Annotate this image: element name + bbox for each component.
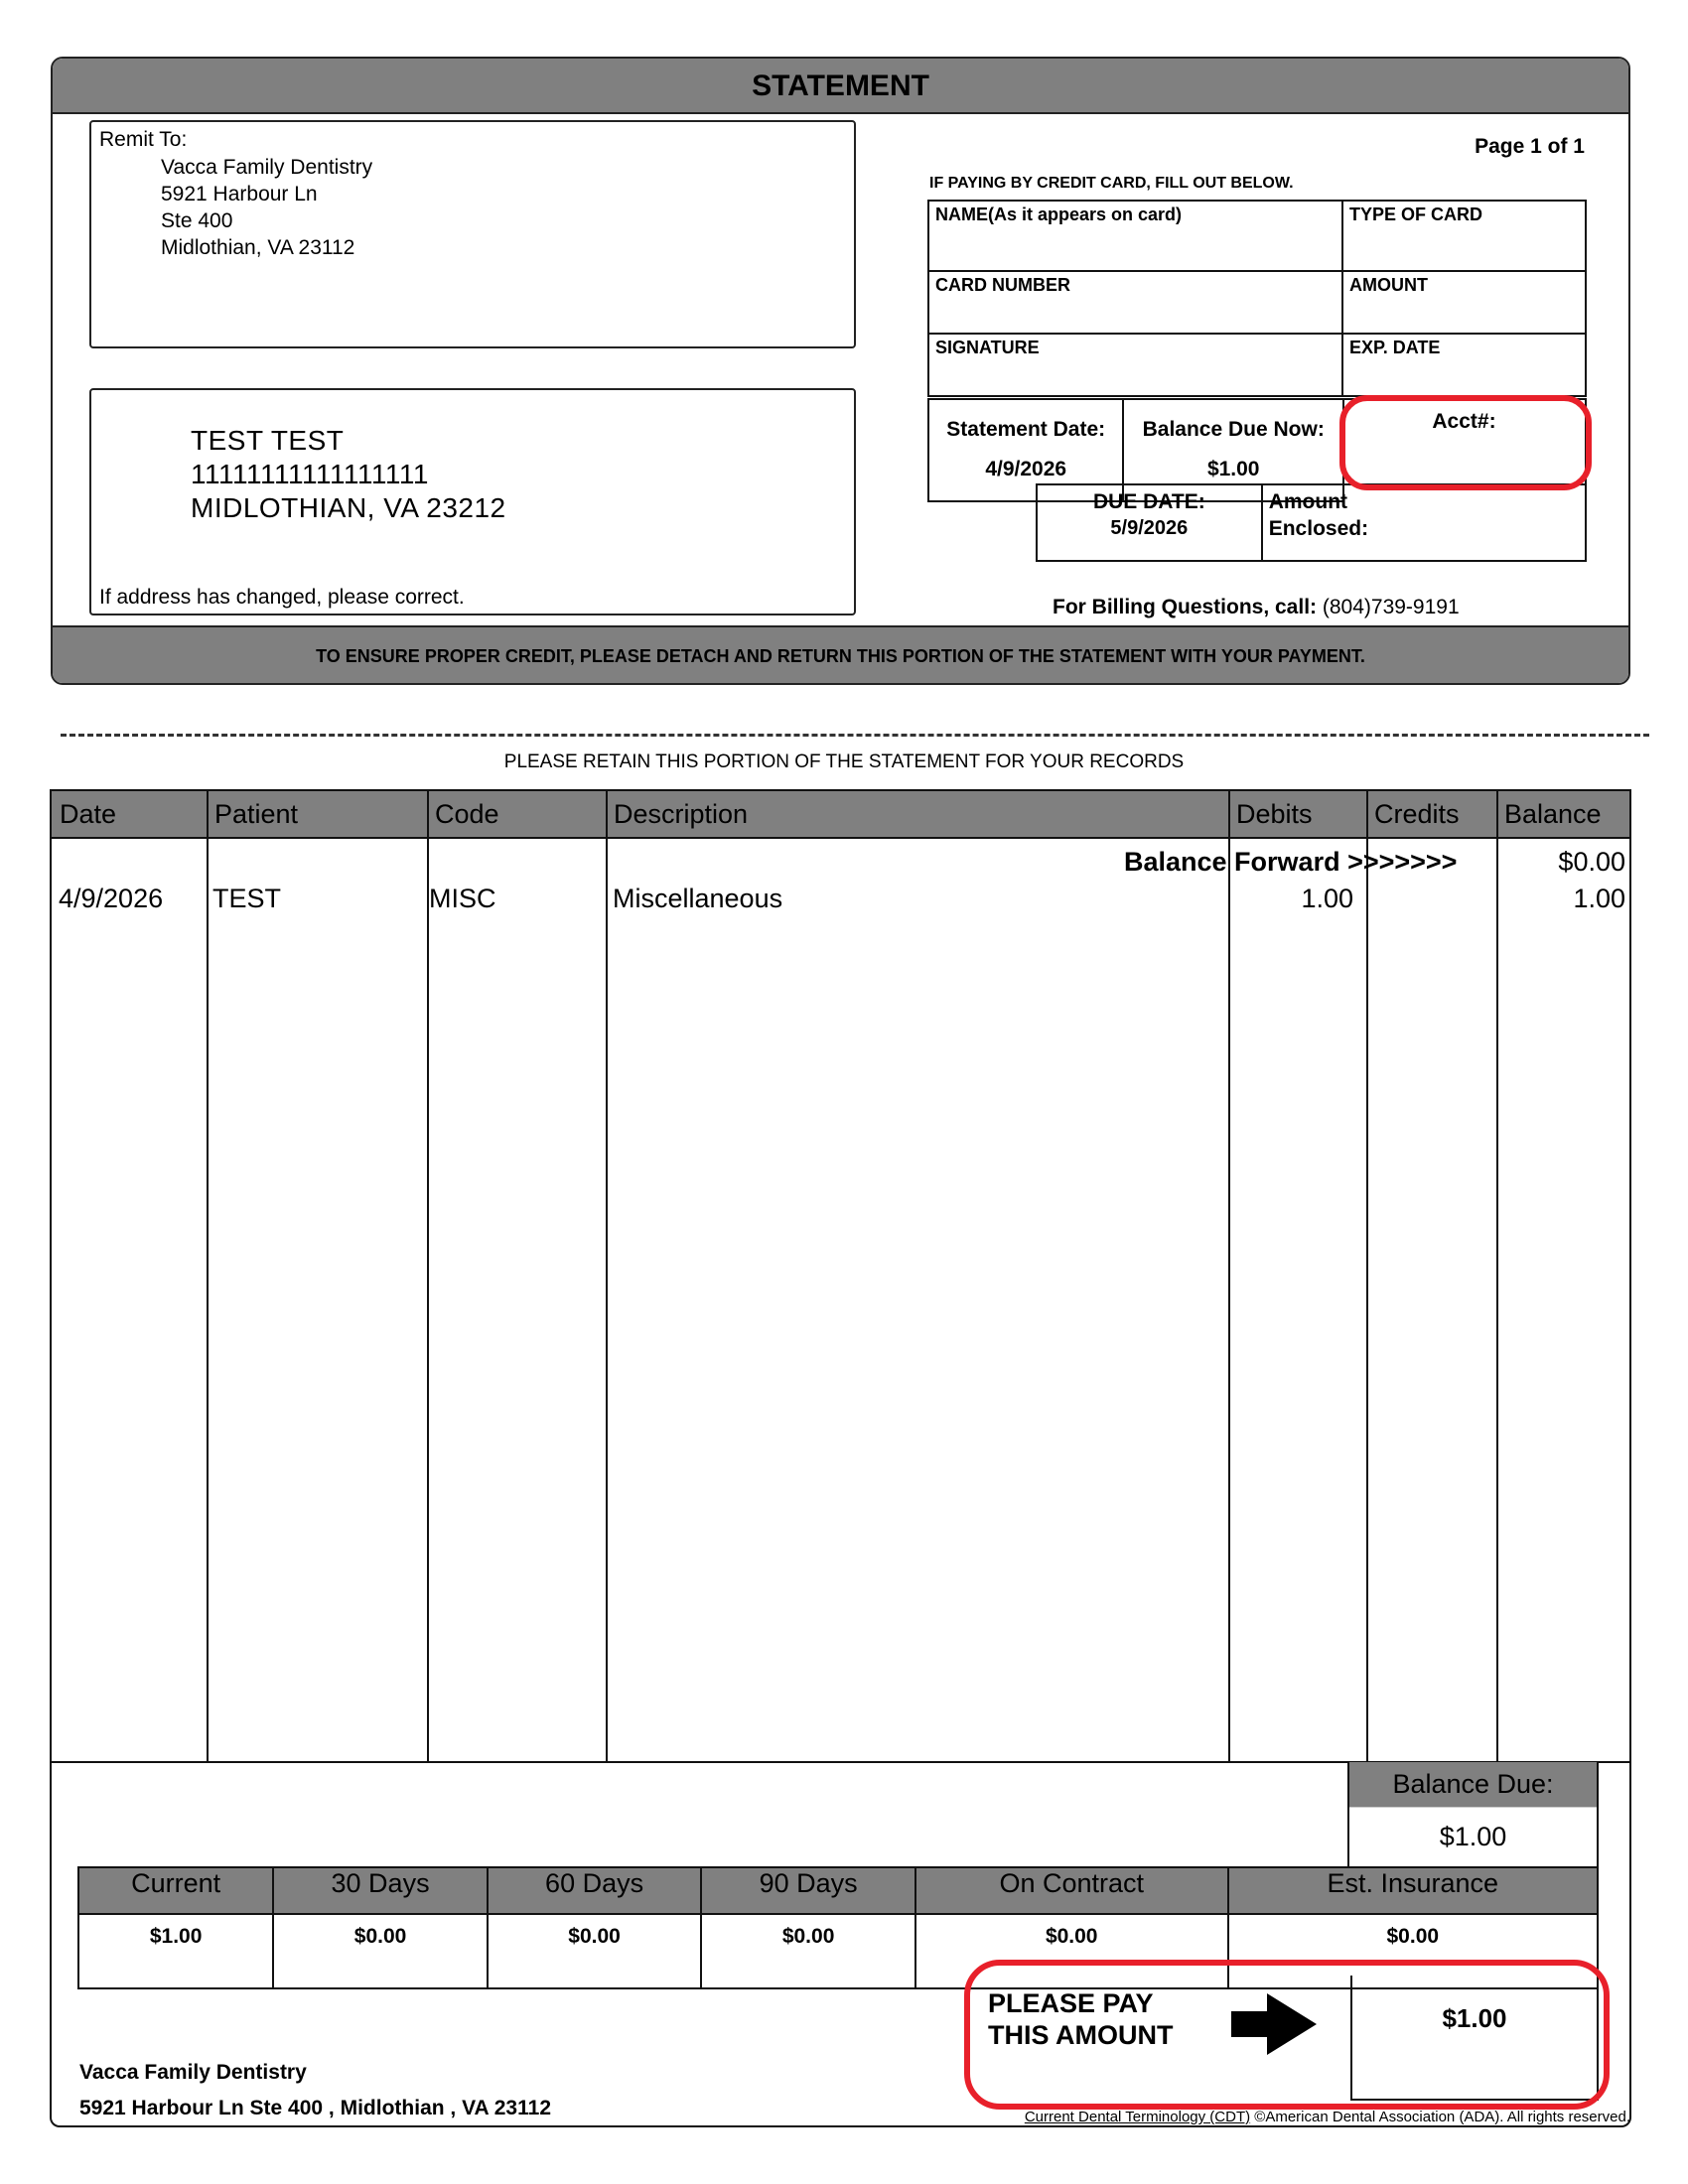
col-header-debits: Debits <box>1228 791 1366 837</box>
exp-date-field[interactable]: EXP. DATE <box>1342 334 1586 396</box>
footer-practice-name: Vacca Family Dentistry <box>79 2061 307 2085</box>
row-debits: 1.00 <box>1228 884 1353 914</box>
please-pay-label: PLEASE PAY THIS AMOUNT <box>988 1987 1173 2051</box>
balance-forward-value: $0.00 <box>1496 847 1625 878</box>
remit-address: Vacca Family Dentistry 5921 Harbour Ln S… <box>161 154 372 261</box>
patient-name: TEST TEST <box>191 424 506 458</box>
due-date-label: DUE DATE: <box>1044 488 1255 515</box>
card-amount-field[interactable]: AMOUNT <box>1342 271 1586 334</box>
billing-questions: For Billing Questions, call: (804)739-91… <box>1053 596 1460 619</box>
amount-enclosed-label-2: Enclosed: <box>1269 515 1579 542</box>
aging-value-60: $0.00 <box>488 1914 702 1988</box>
card-type-field[interactable]: TYPE OF CARD <box>1342 201 1586 271</box>
remit-line: Midlothian, VA 23112 <box>161 234 372 261</box>
col-header-balance: Balance <box>1496 791 1631 837</box>
patient-address-box[interactable]: TEST TEST 11111111111111111 MIDLOTHIAN, … <box>89 388 856 615</box>
remit-line: 5921 Harbour Ln <box>161 181 372 207</box>
cdt-link[interactable]: Current Dental Terminology (CDT) <box>1025 2109 1250 2125</box>
balance-due-value: $1.00 <box>1349 1807 1597 1866</box>
col-header-code: Code <box>427 791 606 837</box>
row-patient: TEST <box>212 884 281 914</box>
row-code: MISC <box>429 884 496 914</box>
aging-header-contract: On Contract <box>915 1867 1228 1914</box>
aging-value-90: $0.00 <box>701 1914 915 1988</box>
footer-practice-address: 5921 Harbour Ln Ste 400 , Midlothian , V… <box>79 2097 551 2120</box>
col-header-patient: Patient <box>207 791 427 837</box>
aging-header-60: 60 Days <box>488 1867 702 1914</box>
patient-street: 11111111111111111 <box>191 458 506 491</box>
aging-value-current: $1.00 <box>78 1914 273 1988</box>
row-description: Miscellaneous <box>613 884 782 914</box>
col-header-description: Description <box>606 791 1228 837</box>
row-balance: 1.00 <box>1496 884 1625 914</box>
credit-card-form: NAME(As it appears on card) TYPE OF CARD… <box>927 200 1587 397</box>
balance-due-label: Balance Due: <box>1349 1762 1597 1807</box>
aging-header-30: 30 Days <box>273 1867 488 1914</box>
remit-to-box: Remit To: Vacca Family Dentistry 5921 Ha… <box>89 120 856 348</box>
due-date-cell: DUE DATE: 5/9/2026 <box>1037 484 1262 561</box>
balance-due-box: Balance Due: $1.00 <box>1347 1762 1599 1868</box>
amount-enclosed-label: Amount <box>1269 488 1579 515</box>
aging-value-30: $0.00 <box>273 1914 488 1988</box>
copyright-text: ©American Dental Association (ADA). All … <box>1250 2109 1630 2125</box>
balance-due-now-label: Balance Due Now: <box>1130 410 1336 450</box>
statement-date-label: Statement Date: <box>935 410 1116 450</box>
due-date-table: DUE DATE: 5/9/2026 Amount Enclosed: <box>1036 483 1587 562</box>
patient-city-state-zip: MIDLOTHIAN, VA 23212 <box>191 491 506 525</box>
retain-note: PLEASE RETAIN THIS PORTION OF THE STATEM… <box>0 751 1688 773</box>
billing-label: For Billing Questions, call: <box>1053 596 1317 618</box>
amount-enclosed-field[interactable]: Amount Enclosed: <box>1262 484 1586 561</box>
aging-header-current: Current <box>78 1867 273 1914</box>
col-header-credits: Credits <box>1366 791 1496 837</box>
address-change-note: If address has changed, please correct. <box>99 586 465 610</box>
credit-card-instruction: IF PAYING BY CREDIT CARD, FILL OUT BELOW… <box>929 175 1294 193</box>
balance-forward-label: Balance Forward >>>>>>> <box>1124 847 1521 878</box>
aging-header-insurance: Est. Insurance <box>1228 1867 1598 1914</box>
please-pay-line2: THIS AMOUNT <box>988 2019 1173 2051</box>
billing-phone[interactable]: (804)739-9191 <box>1323 596 1460 618</box>
due-date-value: 5/9/2026 <box>1044 515 1255 542</box>
account-number-cell: Acct#: <box>1343 398 1587 485</box>
aging-value-contract: $0.00 <box>915 1914 1228 1988</box>
aging-header-90: 90 Days <box>701 1867 915 1914</box>
row-date: 4/9/2026 <box>59 884 163 914</box>
cdt-copyright: Current Dental Terminology (CDT) ©Americ… <box>894 2109 1630 2125</box>
please-pay-line1: PLEASE PAY <box>988 1987 1173 2019</box>
remit-line: Vacca Family Dentistry <box>161 154 372 181</box>
col-header-date: Date <box>52 791 207 837</box>
patient-address: TEST TEST 11111111111111111 MIDLOTHIAN, … <box>191 424 506 525</box>
account-number-label: Acct#: <box>1343 410 1585 434</box>
right-arrow-icon <box>1231 1993 1317 2055</box>
remit-line: Ste 400 <box>161 207 372 234</box>
signature-field[interactable]: SIGNATURE <box>928 334 1342 396</box>
page-number: Page 1 of 1 <box>1390 135 1585 159</box>
aging-table: Current 30 Days 60 Days 90 Days On Contr… <box>77 1866 1599 1989</box>
remit-to-label: Remit To: <box>99 128 187 152</box>
detach-dashed-line <box>61 734 1649 737</box>
statement-title: STATEMENT <box>53 59 1628 114</box>
please-pay-amount: $1.00 <box>1350 1976 1599 2101</box>
ledger-table: Date Patient Code Description Debits Cre… <box>50 789 1631 1763</box>
detach-instruction: TO ENSURE PROPER CREDIT, PLEASE DETACH A… <box>53 625 1628 683</box>
card-number-field[interactable]: CARD NUMBER <box>928 271 1342 334</box>
card-name-field[interactable]: NAME(As it appears on card) <box>928 201 1342 271</box>
